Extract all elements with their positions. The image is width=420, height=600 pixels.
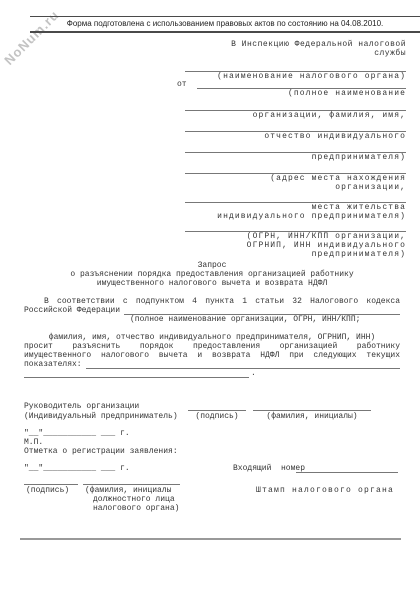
indicators-label: показателях: <box>24 360 82 369</box>
blank-field-signature <box>188 402 246 411</box>
blank-field-incoming-number <box>296 464 398 473</box>
blank-field-address-2 <box>185 192 406 203</box>
blank-field-address-1 <box>185 162 406 174</box>
caption-name-initials: (фамилия, инициалы) <box>253 412 371 421</box>
blank-field-applicant-name <box>197 80 406 89</box>
addressee-line-2: службы <box>177 49 406 58</box>
caption-org-details-2: фамилия, имя, отчество индивидуального п… <box>24 333 400 342</box>
paragraph-1-line-2: Российской Федерации <box>24 306 400 315</box>
blank-field-org-name <box>124 306 400 315</box>
caption-ogrn-3: предпринимателя) <box>177 250 406 259</box>
title-line-2: о разъяснении порядка предоставления орг… <box>24 270 400 279</box>
caption-residence-1: места жительства <box>177 203 406 212</box>
caption-official-1: (фамилия, инициалы <box>85 486 171 495</box>
caption-official-3: налогового органа) <box>93 504 179 513</box>
body-text: В соответствии с подпунктом 4 пункта 1 с… <box>24 297 400 378</box>
paragraph-2-line-3: показателях: <box>24 360 400 369</box>
header-notice: Форма подготовлена с использованием прав… <box>30 16 420 33</box>
paragraph-1-line-2-text: Российской Федерации <box>24 306 120 315</box>
caption-ogrn-1: (ОГРН, ИНН/КПП организации, <box>177 232 406 241</box>
addressee-block: В Инспекцию Федеральной налоговой службы… <box>177 40 406 259</box>
caption-official-2: должностного лица <box>93 495 175 504</box>
caption-full-name-3: отчество индивидуального <box>177 132 406 141</box>
blank-field-applicant-3 <box>185 120 406 132</box>
title-line-3: имущественного налогового вычета и возвр… <box>24 279 400 288</box>
caption-ogrn-2: ОГРНИП, ИНН индивидуального <box>177 241 406 250</box>
stamp-mark: М.П. <box>24 438 43 447</box>
caption-full-name-4: предпринимателя) <box>177 153 406 162</box>
title-line-1: Запрос <box>24 261 400 270</box>
registration-note: Отметка о регистрации заявления: <box>24 447 178 456</box>
paragraph-2-line-2: имущественного налогового вычета и возвр… <box>24 351 400 360</box>
paragraph-1-line-1: В соответствии с подпунктом 4 пункта 1 с… <box>24 297 400 306</box>
registration-date-line: "__"___________ ___ г. <box>24 464 130 473</box>
tax-authority-stamp-note: Штамп налогового органа <box>256 486 394 495</box>
registration-block: "__"___________ ___ г. Входящий номер (п… <box>24 464 400 520</box>
blank-field-applicant-4 <box>185 141 406 153</box>
from-row: от <box>177 81 406 89</box>
blank-field-tax-authority <box>185 58 406 72</box>
caption-full-name-1: (полное наименование <box>177 89 406 98</box>
blank-field-official-signature <box>24 476 78 485</box>
caption-residence-2: индивидуального предпринимателя) <box>177 212 406 221</box>
role-label-1: Руководитель организации <box>24 402 139 411</box>
blank-line <box>24 324 400 333</box>
blank-field-applicant-2 <box>185 98 406 111</box>
addressee-line-1: В Инспекцию Федеральной налоговой <box>177 40 406 49</box>
caption-full-name-2: организации, фамилия, имя, <box>177 111 406 120</box>
blank-field-indicators-2 <box>24 369 249 378</box>
period-mark: . <box>251 369 256 378</box>
caption-signature: (подпись) <box>188 412 246 421</box>
incoming-number-label: Входящий номер <box>233 464 305 473</box>
blank-field-official-name <box>83 476 180 485</box>
blank-field-indicators-1 <box>86 360 400 369</box>
from-label: от <box>177 80 187 89</box>
caption-address-2: организации, <box>177 183 406 192</box>
signature-block: Руководитель организации (Индивидуальный… <box>24 402 376 458</box>
caption-official-signature: (подпись) <box>26 486 69 495</box>
caption-address-1: (адрес места нахождения <box>177 174 406 183</box>
form-page: NoNum.ru Форма подготовлена с использова… <box>0 0 420 600</box>
blank-field-ogrn <box>185 221 406 232</box>
caption-org-details-1: (полное наименование организации, ОГРН, … <box>24 315 400 324</box>
blank-field-name <box>253 402 371 411</box>
role-label-2: (Индивидуальный предприниматель) <box>24 412 178 421</box>
date-blank-line: "__"___________ ___ г. <box>24 429 130 438</box>
paragraph-2-line-1: просит разъяснить порядок предоставления… <box>24 342 400 351</box>
footer-divider <box>20 538 401 540</box>
document-title: Запрос о разъяснении порядка предоставле… <box>24 261 400 288</box>
paragraph-2-line-4: . <box>24 369 400 378</box>
